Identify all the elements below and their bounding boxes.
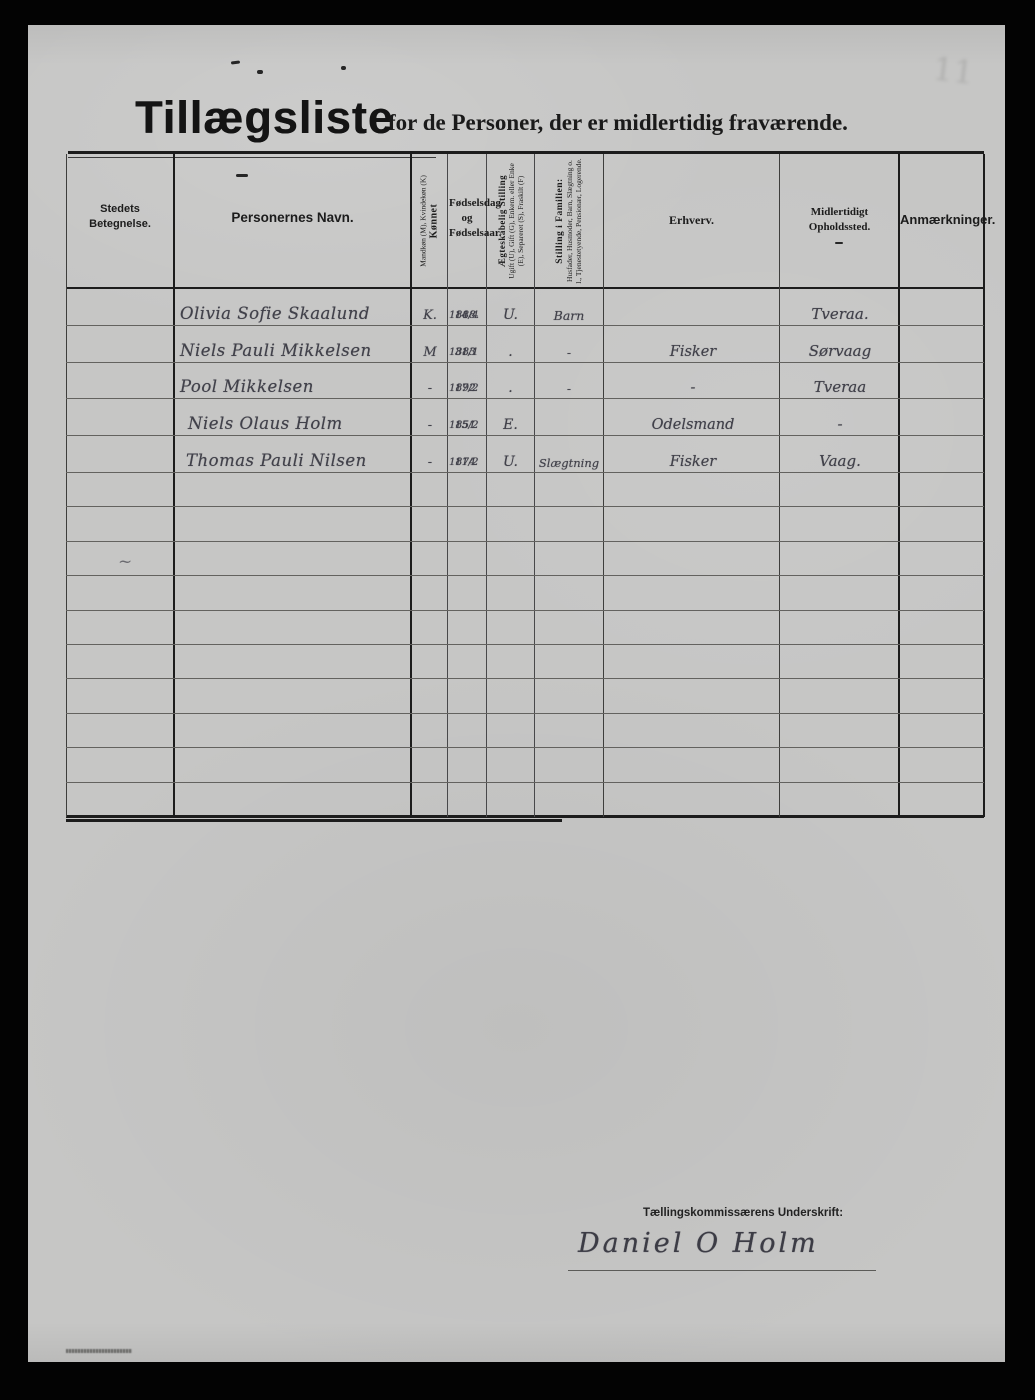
- row-line: [66, 506, 984, 507]
- header-sex-sub: Mandkøn (M), Kvindekøn (K): [419, 175, 428, 267]
- cell-name: Thomas Pauli Nilsen: [186, 451, 367, 470]
- cell-name: Niels Pauli Mikkelsen: [180, 341, 372, 360]
- cell-sex: -: [412, 418, 448, 433]
- row-line: [66, 610, 984, 611]
- page-subtitle: for de Personer, der er midlertidig frav…: [388, 110, 848, 136]
- header-marital: Ægteskabelig Stilling Ugift (U), Gift (G…: [487, 156, 534, 286]
- cell-residence: Vaag.: [780, 452, 900, 470]
- ink-speck: [236, 174, 248, 177]
- cell-sex: -: [412, 455, 448, 470]
- cell-name: Olivia Sofie Skaalund: [180, 304, 370, 323]
- cell-family: Barn: [535, 308, 603, 323]
- table-top-rule: [68, 151, 984, 154]
- ink-speck: [257, 70, 263, 74]
- cell-marital: E.: [487, 417, 534, 433]
- signature-underline: [568, 1270, 876, 1271]
- header-residence: Midlertidigt Opholdssted.: [781, 205, 898, 235]
- col-line: [66, 154, 67, 817]
- row-line: [66, 713, 984, 714]
- header-name: Personernes Navn.: [200, 210, 385, 225]
- ink-speck: [341, 66, 346, 70]
- table-row: Pool Mikkelsen - 17/21892 . - - Tveraa: [66, 363, 984, 398]
- row-line: [66, 747, 984, 748]
- col-line: [779, 154, 780, 817]
- commissioner-signature: Daniel O Holm: [578, 1228, 819, 1259]
- header-occupation: Erhverv.: [604, 213, 779, 228]
- header-family: Stilling i Familien: Husfader, Husmoder,…: [535, 156, 603, 286]
- cell-occupation: Fisker: [606, 344, 780, 360]
- header-sex-title: Kønnet: [428, 204, 439, 239]
- header-marital-title: Ægteskabelig Stilling: [497, 175, 508, 267]
- cell-name: Pool Mikkelsen: [180, 377, 314, 396]
- table-bottom-rule: [66, 815, 984, 818]
- cell-sex: -: [412, 381, 448, 396]
- table-row: Thomas Pauli Nilsen - 11/21874 U. Slægtn…: [66, 436, 984, 472]
- cell-sex: K.: [412, 308, 448, 323]
- header-remarks: Anmærkninger.: [900, 212, 983, 227]
- row-line: [66, 541, 984, 542]
- cell-marital: U.: [487, 454, 534, 470]
- cell-sex: M: [412, 345, 448, 360]
- cell-residence: Sørvaag: [780, 342, 900, 360]
- col-line: [898, 154, 900, 817]
- cell-family: -: [535, 345, 603, 360]
- header-place: Stedets Betegnelse.: [78, 202, 162, 232]
- page-title: Tillægsliste: [135, 92, 394, 144]
- cell-residence: -: [780, 415, 900, 433]
- cell-family: Slægtning: [535, 456, 603, 470]
- col-line: [603, 154, 604, 817]
- printer-imprint: [66, 1349, 132, 1353]
- cell-occupation: Odelsmand: [606, 417, 780, 433]
- header-family-sub: Husfader, Husmoder, Barn, Slægtning o. l…: [566, 158, 583, 284]
- cell-marital: .: [487, 380, 534, 396]
- col-line: [173, 154, 175, 817]
- row-line: [66, 782, 984, 783]
- row-line: [66, 575, 984, 576]
- table-bottom-rule-2: [66, 819, 562, 822]
- cell-family: -: [535, 381, 603, 396]
- subtitle-bold: midlertidig fraværende.: [613, 110, 848, 135]
- cell-marital: .: [487, 344, 534, 360]
- pen-squiggle: ~: [118, 552, 132, 572]
- subtitle-normal: for de Personer, der er: [388, 110, 613, 135]
- header-marital-sub: Ugift (U), Gift (G), Enkem. eller Enke (…: [508, 158, 525, 284]
- cell-residence: Tveraa: [780, 378, 900, 396]
- signature-label: Tællingskommissærens Underskrift:: [643, 1207, 843, 1219]
- col-line: [983, 154, 985, 817]
- cell-occupation: -: [606, 380, 780, 396]
- row-line: [66, 472, 984, 473]
- cell-occupation: Fisker: [606, 454, 780, 470]
- bleed-through-mark: 11: [931, 50, 976, 93]
- table-row: Niels Olaus Holm - 15/21851 E. Odelsmand…: [66, 399, 984, 435]
- cell-marital: U.: [487, 307, 534, 323]
- col-line: [447, 154, 448, 817]
- header-sex: Mandkøn (M), Kvindekøn (K) Kønnet: [411, 156, 447, 286]
- row-line: [66, 644, 984, 645]
- header-birth: Fødselsdag og Fødselsaar.: [449, 196, 485, 241]
- row-line: [66, 678, 984, 679]
- cell-residence: Tveraa.: [780, 305, 900, 323]
- scanned-census-page: Tillægsliste for de Personer, der er mid…: [0, 0, 1035, 1400]
- cell-name: Niels Olaus Holm: [188, 414, 343, 433]
- table-top-rule-thin: [68, 157, 436, 158]
- ink-speck: [835, 242, 843, 244]
- table-row: Niels Pauli Mikkelsen M 31/11883 . - Fis…: [66, 326, 984, 362]
- table-row: Olivia Sofie Skaalund K. 14/41888. U. Ba…: [66, 289, 984, 325]
